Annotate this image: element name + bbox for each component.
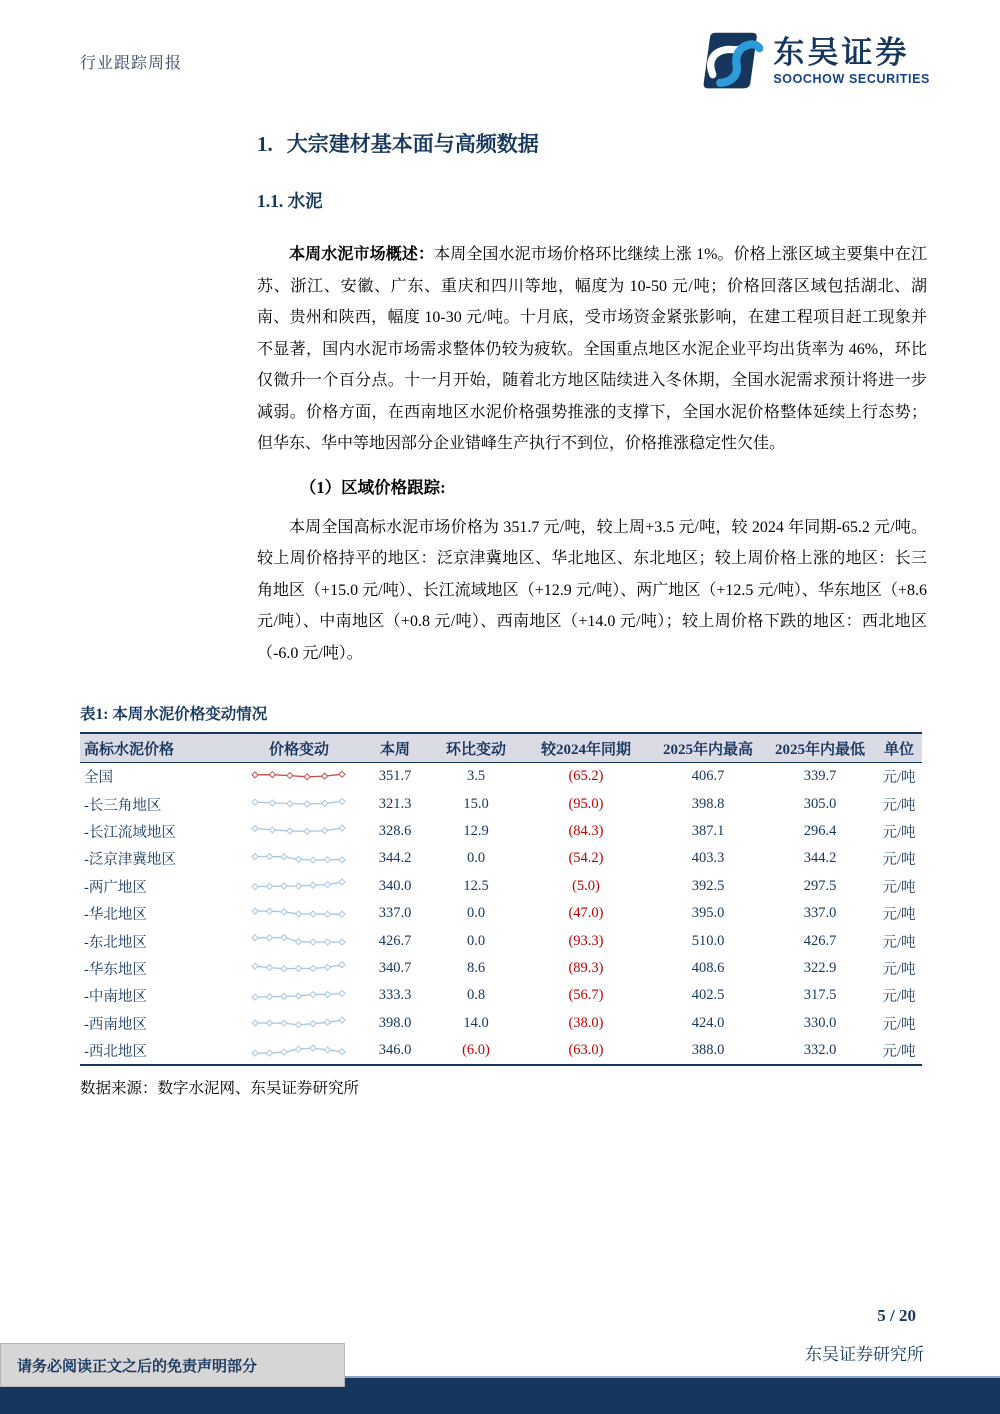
- trend-cell: [240, 793, 358, 815]
- ytd-low: 344.2: [764, 850, 876, 867]
- unit: 元/吨: [876, 985, 922, 1006]
- yoy-change: (89.3): [520, 960, 652, 977]
- region-name: -华东地区: [80, 958, 240, 979]
- col-header-low: 2025年内最低: [764, 738, 876, 759]
- region-name: -两广地区: [80, 876, 240, 897]
- cement-price-table: 高标水泥价格 价格变动 本周 环比变动 较2024年同期 2025年内最高 20…: [80, 732, 922, 1066]
- current-week-price: 337.0: [358, 905, 432, 922]
- trend-cell: [240, 820, 358, 842]
- wow-change: (6.0): [432, 1042, 520, 1059]
- price-trend-sparkline: [251, 875, 347, 897]
- region-name: -东北地区: [80, 931, 240, 952]
- current-week-price: 328.6: [358, 823, 432, 840]
- col-header-wow: 环比变动: [432, 738, 520, 759]
- section-title: 大宗建材基本面与高频数据: [287, 132, 539, 156]
- table-row: -西北地区346.0(6.0)(63.0)388.0332.0元/吨: [80, 1037, 922, 1064]
- section-number: 1.: [257, 132, 273, 156]
- report-type-label: 行业跟踪周报: [80, 50, 182, 73]
- unit: 元/吨: [876, 794, 922, 815]
- paragraph-regional-detail: 本周全国高标水泥市场价格为 351.7 元/吨，较上周+3.5 元/吨，较 20…: [257, 512, 927, 670]
- table-row: -华北地区337.00.0(47.0)395.0337.0元/吨: [80, 900, 922, 927]
- region-name: -西北地区: [80, 1040, 240, 1061]
- ytd-low: 426.7: [764, 933, 876, 950]
- region-name: -西南地区: [80, 1013, 240, 1034]
- yoy-change: (56.7): [520, 987, 652, 1004]
- ytd-low: 317.5: [764, 987, 876, 1004]
- ytd-high: 406.7: [652, 768, 764, 785]
- yoy-change: (65.2): [520, 768, 652, 785]
- price-trend-sparkline: [251, 985, 347, 1007]
- yoy-change: (63.0): [520, 1042, 652, 1059]
- ytd-high: 388.0: [652, 1042, 764, 1059]
- wow-change: 8.6: [432, 960, 520, 977]
- current-week-price: 351.7: [358, 768, 432, 785]
- trend-cell: [240, 766, 358, 788]
- ytd-low: 330.0: [764, 1015, 876, 1032]
- disclaimer-box: 请务必阅读正文之后的免责声明部分: [0, 1343, 345, 1387]
- unit: 元/吨: [876, 931, 922, 952]
- brand-name-cn: 东吴证券: [773, 36, 909, 70]
- section-heading-1-1: 1.1. 水泥: [257, 188, 927, 213]
- page-number: 5 / 20: [877, 1306, 916, 1326]
- current-week-price: 340.0: [358, 878, 432, 895]
- ytd-low: 296.4: [764, 823, 876, 840]
- col-header-week: 本周: [358, 738, 432, 759]
- subheading-regional-price: （1）区域价格跟踪:: [257, 474, 927, 498]
- price-trend-sparkline: [251, 766, 347, 788]
- brand-name-en: SOOCHOW SECURITIES: [773, 72, 930, 86]
- trend-cell: [240, 957, 358, 979]
- ytd-high: 402.5: [652, 987, 764, 1004]
- table-row: -东北地区426.70.0(93.3)510.0426.7元/吨: [80, 927, 922, 954]
- paragraph-lead-text: 本周全国水泥市场价格环比继续上涨 1%。价格上涨区域主要集中在江苏、浙江、安徽、…: [257, 246, 927, 452]
- ytd-high: 387.1: [652, 823, 764, 840]
- unit: 元/吨: [876, 766, 922, 787]
- col-header-trend: 价格变动: [240, 738, 358, 759]
- trend-cell: [240, 903, 358, 925]
- yoy-change: (95.0): [520, 796, 652, 813]
- yoy-change: (5.0): [520, 878, 652, 895]
- ytd-low: 337.0: [764, 905, 876, 922]
- table-row: -泛京津冀地区344.20.0(54.2)403.3344.2元/吨: [80, 845, 922, 872]
- price-trend-sparkline: [251, 820, 347, 842]
- table-row: 全国351.73.5(65.2)406.7339.7元/吨: [80, 763, 922, 790]
- col-header-unit: 单位: [876, 738, 922, 759]
- ytd-high: 408.6: [652, 960, 764, 977]
- wow-change: 0.0: [432, 933, 520, 950]
- ytd-low: 297.5: [764, 878, 876, 895]
- table-row: -西南地区398.014.0(38.0)424.0330.0元/吨: [80, 1010, 922, 1037]
- ytd-low: 305.0: [764, 796, 876, 813]
- ytd-low: 339.7: [764, 768, 876, 785]
- table-row: -长江流域地区328.612.9(84.3)387.1296.4元/吨: [80, 818, 922, 845]
- wow-change: 3.5: [432, 768, 520, 785]
- current-week-price: 333.3: [358, 987, 432, 1004]
- price-trend-sparkline: [251, 848, 347, 870]
- yoy-change: (38.0): [520, 1015, 652, 1032]
- table-row: -华东地区340.78.6(89.3)408.6322.9元/吨: [80, 955, 922, 982]
- region-name: -中南地区: [80, 985, 240, 1006]
- price-trend-sparkline: [251, 903, 347, 925]
- current-week-price: 321.3: [358, 796, 432, 813]
- wow-change: 0.8: [432, 987, 520, 1004]
- ytd-low: 322.9: [764, 960, 876, 977]
- ytd-high: 424.0: [652, 1015, 764, 1032]
- region-name: -长江流域地区: [80, 821, 240, 842]
- disclaimer-text: 请务必阅读正文之后的免责声明部分: [17, 1355, 257, 1376]
- ytd-high: 395.0: [652, 905, 764, 922]
- current-week-price: 426.7: [358, 933, 432, 950]
- table-header-row: 高标水泥价格 价格变动 本周 环比变动 较2024年同期 2025年内最高 20…: [80, 732, 922, 763]
- unit: 元/吨: [876, 821, 922, 842]
- region-name: -长三角地区: [80, 794, 240, 815]
- unit: 元/吨: [876, 848, 922, 869]
- wow-change: 0.0: [432, 850, 520, 867]
- trend-cell: [240, 930, 358, 952]
- price-trend-sparkline: [251, 1040, 347, 1062]
- price-trend-sparkline: [251, 1012, 347, 1034]
- current-week-price: 398.0: [358, 1015, 432, 1032]
- paragraph-lead-label: 本周水泥市场概述：: [289, 246, 434, 263]
- report-page: 行业跟踪周报 东吴证券 SOOCHOW SECURITIES 1.大宗建材基本面…: [0, 0, 1000, 1414]
- col-header-yoy: 较2024年同期: [520, 738, 652, 759]
- yoy-change: (54.2): [520, 850, 652, 867]
- data-source-note: 数据来源：数字水泥网、东吴证券研究所: [80, 1076, 922, 1098]
- unit: 元/吨: [876, 903, 922, 924]
- ytd-high: 510.0: [652, 933, 764, 950]
- col-header-high: 2025年内最高: [652, 738, 764, 759]
- wow-change: 12.5: [432, 878, 520, 895]
- trend-cell: [240, 875, 358, 897]
- main-content: 1.大宗建材基本面与高频数据 1.1. 水泥 本周水泥市场概述：本周全国水泥市场…: [257, 128, 927, 669]
- unit: 元/吨: [876, 876, 922, 897]
- current-week-price: 346.0: [358, 1042, 432, 1059]
- yoy-change: (47.0): [520, 905, 652, 922]
- current-week-price: 340.7: [358, 960, 432, 977]
- ytd-high: 398.8: [652, 796, 764, 813]
- trend-cell: [240, 1040, 358, 1062]
- price-trend-sparkline: [251, 930, 347, 952]
- trend-cell: [240, 985, 358, 1007]
- yoy-change: (84.3): [520, 823, 652, 840]
- unit: 元/吨: [876, 1040, 922, 1061]
- table-row: -中南地区333.30.8(56.7)402.5317.5元/吨: [80, 982, 922, 1009]
- col-header-region: 高标水泥价格: [80, 738, 240, 759]
- current-week-price: 344.2: [358, 850, 432, 867]
- region-name: -华北地区: [80, 903, 240, 924]
- section-heading-1: 1.大宗建材基本面与高频数据: [257, 128, 927, 158]
- wow-change: 15.0: [432, 796, 520, 813]
- wow-change: 14.0: [432, 1015, 520, 1032]
- research-dept-label: 东吴证券研究所: [805, 1340, 924, 1365]
- region-name: 全国: [80, 766, 240, 787]
- ytd-high: 392.5: [652, 878, 764, 895]
- paragraph-market-overview: 本周水泥市场概述：本周全国水泥市场价格环比继续上涨 1%。价格上涨区域主要集中在…: [257, 239, 927, 460]
- trend-cell: [240, 848, 358, 870]
- unit: 元/吨: [876, 958, 922, 979]
- table-title: 表1: 本周水泥价格变动情况: [80, 702, 922, 724]
- table-body: 全国351.73.5(65.2)406.7339.7元/吨-长三角地区321.3…: [80, 763, 922, 1064]
- wow-change: 12.9: [432, 823, 520, 840]
- region-name: -泛京津冀地区: [80, 848, 240, 869]
- price-trend-sparkline: [251, 793, 347, 815]
- table-row: -长三角地区321.315.0(95.0)398.8305.0元/吨: [80, 790, 922, 817]
- price-trend-sparkline: [251, 957, 347, 979]
- trend-cell: [240, 1012, 358, 1034]
- ytd-low: 332.0: [764, 1042, 876, 1059]
- table-row: -两广地区340.012.5(5.0)392.5297.5元/吨: [80, 873, 922, 900]
- cement-price-table-section: 表1: 本周水泥价格变动情况 高标水泥价格 价格变动 本周 环比变动 较2024…: [80, 702, 922, 1098]
- wow-change: 0.0: [432, 905, 520, 922]
- ytd-high: 403.3: [652, 850, 764, 867]
- unit: 元/吨: [876, 1013, 922, 1034]
- soochow-logo-icon: [701, 30, 763, 92]
- brand-logo: 东吴证券 SOOCHOW SECURITIES: [701, 30, 930, 92]
- yoy-change: (93.3): [520, 933, 652, 950]
